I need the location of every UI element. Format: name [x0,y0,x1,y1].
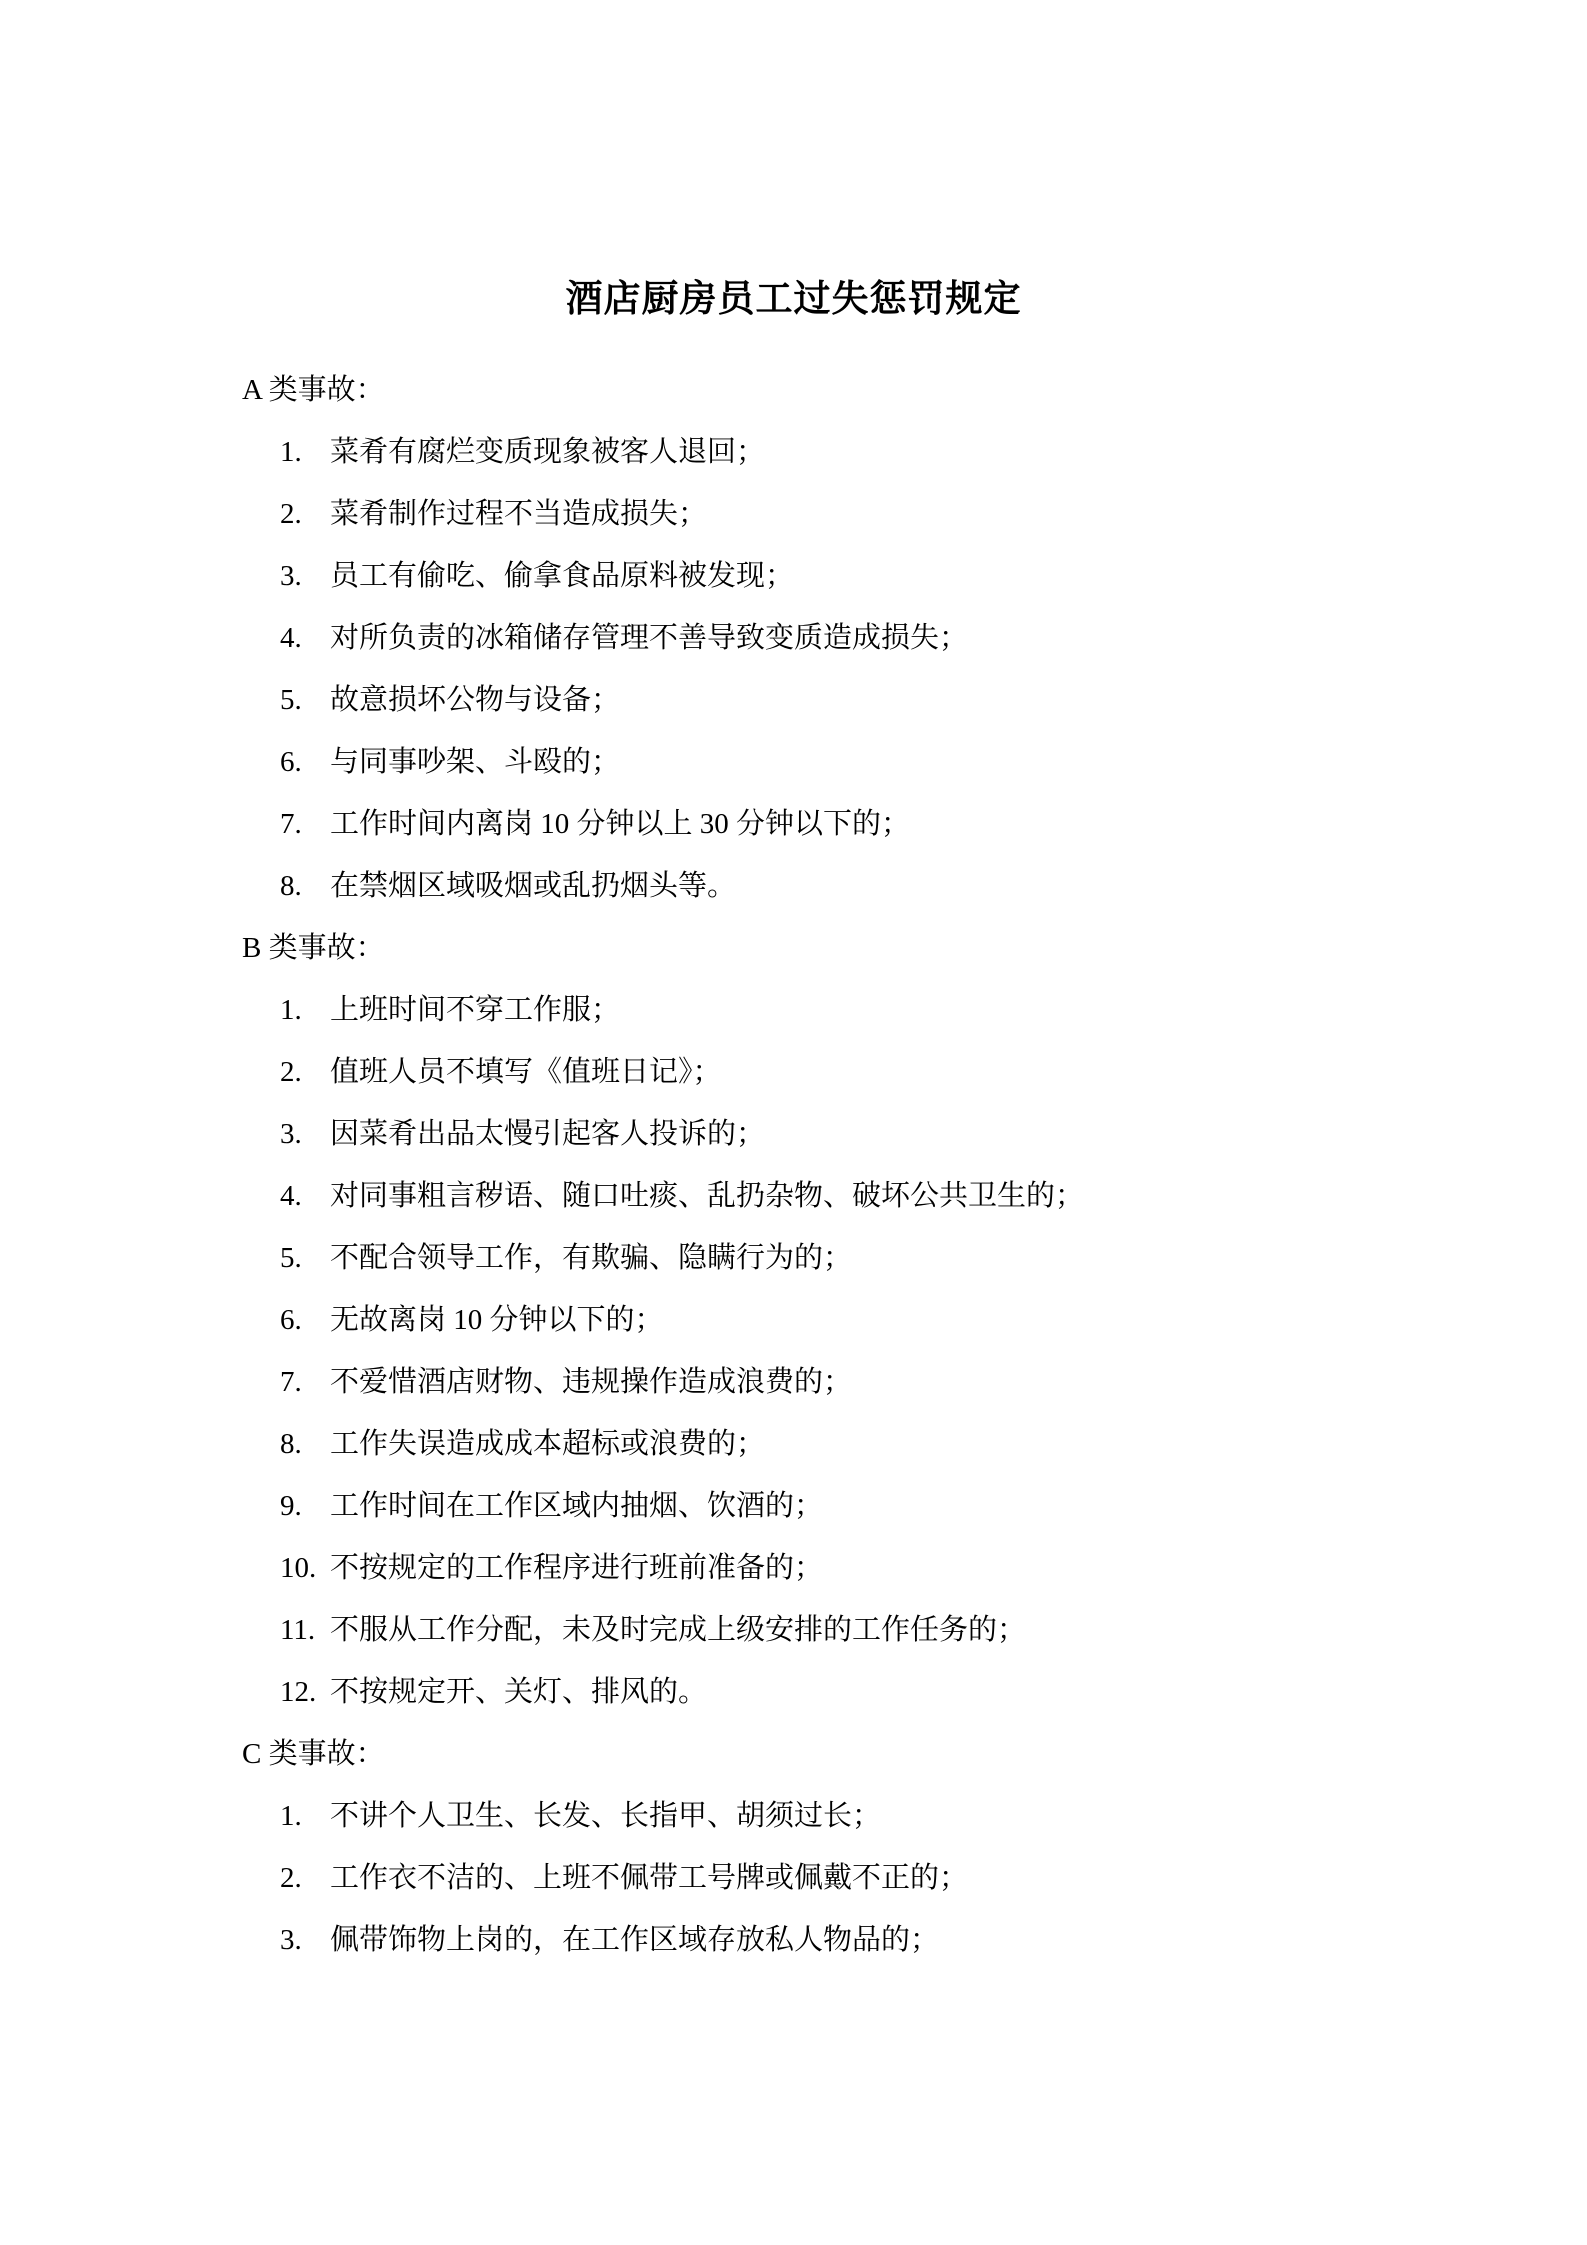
list-item-text: 工作失误造成成本超标或浪费的； [330,1428,765,1460]
list-item: 1.不讲个人卫生、长发、长指甲、胡须过长； [0,1785,1587,1847]
section: C 类事故：1.不讲个人卫生、长发、长指甲、胡须过长；2.工作衣不洁的、上班不佩… [0,1723,1587,1971]
list-item: 4.对同事粗言秽语、随口吐痰、乱扔杂物、破坏公共卫生的； [0,1165,1587,1227]
list-item-number: 3. [280,1909,302,1971]
list-item: 7.工作时间内离岗 10 分钟以上 30 分钟以下的； [0,793,1587,855]
list-item-text: 菜肴制作过程不当造成损失； [330,498,707,530]
list-item: 2.工作衣不洁的、上班不佩带工号牌或佩戴不正的； [0,1847,1587,1909]
list-item: 9.工作时间在工作区域内抽烟、饮酒的； [0,1475,1587,1537]
section-header: B 类事故： [242,917,1587,979]
list-item-text: 菜肴有腐烂变质现象被客人退回； [330,436,765,468]
list-item: 8.工作失误造成成本超标或浪费的； [0,1413,1587,1475]
list-item-text: 对同事粗言秽语、随口吐痰、乱扔杂物、破坏公共卫生的； [330,1180,1084,1212]
list-item-text: 佩带饰物上岗的，在工作区域存放私人物品的； [330,1924,939,1956]
list-item-text: 不服从工作分配，未及时完成上级安排的工作任务的； [330,1614,1026,1646]
list-item: 6.与同事吵架、斗殴的； [0,731,1587,793]
section: A 类事故：1.菜肴有腐烂变质现象被客人退回；2.菜肴制作过程不当造成损失；3.… [0,359,1587,917]
document-body: A 类事故：1.菜肴有腐烂变质现象被客人退回；2.菜肴制作过程不当造成损失；3.… [0,359,1587,1971]
list-item: 1.菜肴有腐烂变质现象被客人退回； [0,421,1587,483]
list-item-number: 7. [280,793,302,855]
list-item-number: 10. [280,1537,316,1599]
list-item-number: 5. [280,1227,302,1289]
list-item-text: 工作时间内离岗 10 分钟以上 30 分钟以下的； [330,808,910,840]
list-item-text: 不按规定开、关灯、排风的。 [330,1676,707,1708]
list-item-number: 9. [280,1475,302,1537]
list-item-text: 不配合领导工作，有欺骗、隐瞒行为的； [330,1242,852,1274]
list-item-text: 与同事吵架、斗殴的； [330,746,620,778]
list-item: 2.菜肴制作过程不当造成损失； [0,483,1587,545]
list-item-number: 2. [280,1847,302,1909]
document-page: 酒店厨房员工过失惩罚规定 A 类事故：1.菜肴有腐烂变质现象被客人退回；2.菜肴… [0,0,1587,2245]
list-item: 1.上班时间不穿工作服； [0,979,1587,1041]
section-header: A 类事故： [242,359,1587,421]
list-item-number: 3. [280,1103,302,1165]
list-item: 8.在禁烟区域吸烟或乱扔烟头等。 [0,855,1587,917]
list-item-text: 无故离岗 10 分钟以下的； [330,1304,664,1336]
list-item-number: 2. [280,1041,302,1103]
list-item-number: 6. [280,1289,302,1351]
list-item-text: 因菜肴出品太慢引起客人投诉的； [330,1118,765,1150]
list-item-number: 12. [280,1661,316,1723]
list-item-text: 值班人员不填写《值班日记》； [330,1056,722,1088]
list-item: 2.值班人员不填写《值班日记》； [0,1041,1587,1103]
list-item-number: 1. [280,979,302,1041]
section: B 类事故：1.上班时间不穿工作服；2.值班人员不填写《值班日记》；3.因菜肴出… [0,917,1587,1723]
list-item-number: 6. [280,731,302,793]
list-item-text: 不爱惜酒店财物、违规操作造成浪费的； [330,1366,852,1398]
section-header: C 类事故： [242,1723,1587,1785]
list-item-text: 员工有偷吃、偷拿食品原料被发现； [330,560,794,592]
list-item: 5.故意损坏公物与设备； [0,669,1587,731]
list-item-number: 2. [280,483,302,545]
list-item-text: 在禁烟区域吸烟或乱扔烟头等。 [330,870,736,902]
list-item-text: 上班时间不穿工作服； [330,994,620,1026]
list-item: 3.佩带饰物上岗的，在工作区域存放私人物品的； [0,1909,1587,1971]
list-item-number: 4. [280,607,302,669]
list-item-number: 4. [280,1165,302,1227]
list-item: 7.不爱惜酒店财物、违规操作造成浪费的； [0,1351,1587,1413]
list-item-number: 8. [280,1413,302,1475]
list-item: 12.不按规定开、关灯、排风的。 [0,1661,1587,1723]
list-item-text: 工作衣不洁的、上班不佩带工号牌或佩戴不正的； [330,1862,968,1894]
list-item: 10.不按规定的工作程序进行班前准备的； [0,1537,1587,1599]
list-item-number: 8. [280,855,302,917]
list-item: 3.因菜肴出品太慢引起客人投诉的； [0,1103,1587,1165]
list-item-text: 工作时间在工作区域内抽烟、饮酒的； [330,1490,823,1522]
list-item: 3.员工有偷吃、偷拿食品原料被发现； [0,545,1587,607]
list-item-number: 1. [280,421,302,483]
list-item-text: 不讲个人卫生、长发、长指甲、胡须过长； [330,1800,881,1832]
list-item: 5.不配合领导工作，有欺骗、隐瞒行为的； [0,1227,1587,1289]
list-item-number: 11. [280,1599,315,1661]
list-item: 4.对所负责的冰箱储存管理不善导致变质造成损失； [0,607,1587,669]
list-item-number: 1. [280,1785,302,1847]
list-item-number: 3. [280,545,302,607]
list-item: 11.不服从工作分配，未及时完成上级安排的工作任务的； [0,1599,1587,1661]
list-item-text: 故意损坏公物与设备； [330,684,620,716]
list-item-text: 对所负责的冰箱储存管理不善导致变质造成损失； [330,622,968,654]
list-item-number: 7. [280,1351,302,1413]
list-item-text: 不按规定的工作程序进行班前准备的； [330,1552,823,1584]
list-item-number: 5. [280,669,302,731]
list-item: 6.无故离岗 10 分钟以下的； [0,1289,1587,1351]
document-title: 酒店厨房员工过失惩罚规定 [0,269,1587,331]
